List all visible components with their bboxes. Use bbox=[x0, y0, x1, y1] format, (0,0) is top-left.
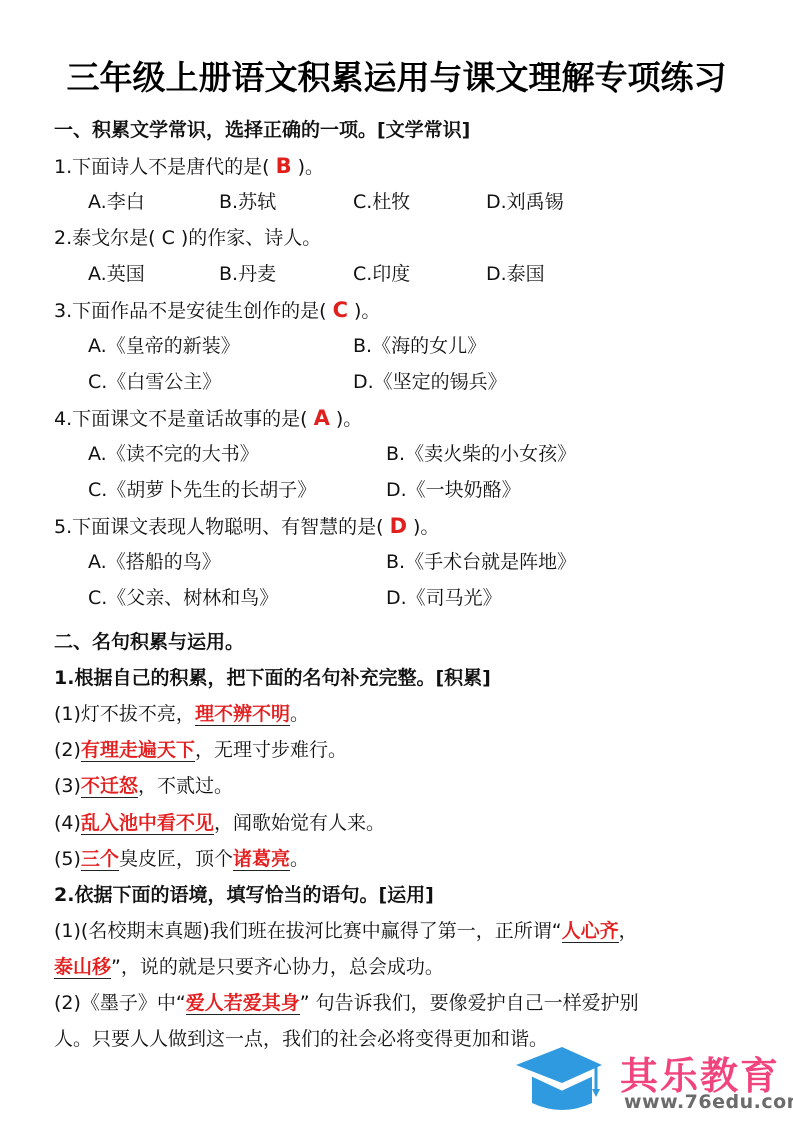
option-c: C.《白雪公主》 bbox=[88, 370, 221, 394]
question-stem: 下面课文不是童话故事的是( bbox=[72, 408, 307, 430]
item-text: ，闻歌始觉有人来。 bbox=[214, 812, 385, 834]
question-stem: 下面作品不是安徒生创作的是( bbox=[72, 300, 326, 322]
answer-letter: C bbox=[156, 227, 181, 249]
fill-answer: 理不辨不明 bbox=[195, 703, 290, 726]
question-stem: 下面诗人不是唐代的是( bbox=[72, 156, 269, 178]
option-b: B.《海的女儿》 bbox=[353, 334, 486, 358]
option-c: C.《胡萝卜先生的长胡子》 bbox=[88, 478, 316, 502]
item-text: 。 bbox=[290, 848, 309, 870]
item-number: (5) bbox=[54, 848, 81, 870]
option-d: D.《坚定的锡兵》 bbox=[353, 370, 507, 394]
page-title: 三年级上册语文积累运用与课文理解专项练习 bbox=[0, 52, 793, 99]
question-stem: 泰戈尔是( bbox=[72, 227, 155, 249]
brand-url: www.76edu.com bbox=[624, 1091, 793, 1113]
item-text: ，无理寸步难行。 bbox=[195, 739, 347, 761]
question-5: 5.下面课文表现人物聪明、有智慧的是(D)。 bbox=[54, 514, 439, 539]
question-number: 2. bbox=[54, 227, 72, 249]
option-c: C.印度 bbox=[353, 262, 410, 286]
option-b: B.苏轼 bbox=[219, 190, 276, 214]
answer-letter: C bbox=[327, 298, 354, 322]
item-number: (2) bbox=[54, 739, 81, 761]
question-stem-end: )。 bbox=[354, 300, 380, 322]
fill-item-5: (5)三个臭皮匠，顶个诸葛亮。 bbox=[54, 847, 309, 871]
item-number: (3) bbox=[54, 775, 81, 797]
fill-item-1: (1)灯不拔不亮，理不辨不明。 bbox=[54, 702, 309, 726]
question-stem-end: )。 bbox=[336, 408, 362, 430]
option-d: D.《司马光》 bbox=[386, 586, 502, 610]
part-1-heading: 1.根据自己的积累，把下面的名句补充完整。[积累] bbox=[54, 666, 491, 690]
item-text: 灯不拔不亮， bbox=[81, 703, 195, 725]
option-a: A.李白 bbox=[88, 190, 145, 214]
option-d: D.《一块奶酪》 bbox=[386, 478, 521, 502]
fill-answer: 三个 bbox=[81, 848, 119, 871]
option-d: D.泰国 bbox=[486, 262, 545, 286]
question-number: 5. bbox=[54, 516, 72, 538]
option-c: C.杜牧 bbox=[353, 190, 410, 214]
context-item-2-line-2: 人。只要人人做到这一点，我们的社会必将变得更加和谐。 bbox=[54, 1027, 548, 1051]
answer-letter: D bbox=[384, 514, 413, 538]
option-a: A.英国 bbox=[88, 262, 145, 286]
option-a: A.《搭船的鸟》 bbox=[88, 550, 221, 574]
question-stem-end: )。 bbox=[413, 516, 439, 538]
fill-answer: 人心齐 bbox=[562, 920, 619, 943]
option-c: C.《父亲、树林和鸟》 bbox=[88, 586, 278, 610]
option-b: B.丹麦 bbox=[219, 262, 276, 286]
fill-answer: 乱入池中看不见 bbox=[81, 812, 214, 835]
watermark-logo: 其乐教育 www.76edu.com bbox=[512, 1045, 792, 1115]
item-text: 臭皮匠，顶个 bbox=[119, 848, 233, 870]
option-b: B.《手术台就是阵地》 bbox=[386, 550, 576, 574]
item-text: (1)(名校期末真题)我们班在拔河比赛中赢得了第一，正所谓“ bbox=[54, 920, 562, 942]
question-1: 1.下面诗人不是唐代的是(B)。 bbox=[54, 154, 324, 179]
fill-item-2: (2)有理走遍天下，无理寸步难行。 bbox=[54, 738, 347, 762]
item-text: (2)《墨子》中“ bbox=[54, 992, 186, 1014]
graduation-cap-icon bbox=[512, 1045, 604, 1115]
answer-letter: A bbox=[308, 406, 336, 430]
item-number: (1) bbox=[54, 703, 81, 725]
question-stem: 下面课文表现人物聪明、有智慧的是( bbox=[72, 516, 383, 538]
fill-answer: 爱人若爱其身 bbox=[186, 992, 300, 1015]
item-text: ”，说的就是只要齐心协力，总会成功。 bbox=[111, 956, 444, 978]
question-4: 4.下面课文不是童话故事的是(A)。 bbox=[54, 406, 362, 431]
item-text: 。 bbox=[290, 703, 309, 725]
option-d: D.刘禹锡 bbox=[486, 190, 564, 214]
context-item-1-line-1: (1)(名校期末真题)我们班在拔河比赛中赢得了第一，正所谓“人心齐， bbox=[54, 919, 638, 943]
question-3: 3.下面作品不是安徒生创作的是(C)。 bbox=[54, 298, 380, 323]
item-text: ” 句告诉我们，要像爱护自己一样爱护别 bbox=[300, 992, 639, 1014]
fill-answer: 有理走遍天下 bbox=[81, 739, 195, 762]
part-2-heading: 2.依据下面的语境，填写恰当的语句。[运用] bbox=[54, 883, 434, 907]
question-stem-end: )的作家、诗人。 bbox=[181, 227, 321, 249]
question-number: 4. bbox=[54, 408, 72, 430]
question-number: 1. bbox=[54, 156, 72, 178]
section-1-heading: 一、积累文学常识，选择正确的一项。[文学常识] bbox=[54, 118, 470, 142]
context-item-1-line-2: 泰山移”，说的就是只要齐心协力，总会成功。 bbox=[54, 955, 444, 979]
fill-answer: 诸葛亮 bbox=[233, 848, 290, 871]
item-text: ， bbox=[619, 920, 638, 942]
question-number: 3. bbox=[54, 300, 72, 322]
question-stem-end: )。 bbox=[298, 156, 324, 178]
option-a: A.《读不完的大书》 bbox=[88, 442, 259, 466]
fill-item-3: (3)不迁怒，不贰过。 bbox=[54, 774, 233, 798]
item-number: (4) bbox=[54, 812, 81, 834]
question-2: 2.泰戈尔是(C)的作家、诗人。 bbox=[54, 226, 321, 250]
item-text: ，不贰过。 bbox=[138, 775, 233, 797]
fill-answer: 不迁怒 bbox=[81, 775, 138, 798]
fill-item-4: (4)乱入池中看不见，闻歌始觉有人来。 bbox=[54, 811, 385, 835]
option-a: A.《皇帝的新装》 bbox=[88, 334, 240, 358]
option-b: B.《卖火柴的小女孩》 bbox=[386, 442, 576, 466]
fill-answer: 泰山移 bbox=[54, 956, 111, 979]
answer-letter: B bbox=[270, 154, 298, 178]
context-item-2-line-1: (2)《墨子》中“爱人若爱其身” 句告诉我们，要像爱护自己一样爱护别 bbox=[54, 991, 639, 1015]
section-2-heading: 二、名句积累与运用。 bbox=[54, 630, 244, 654]
